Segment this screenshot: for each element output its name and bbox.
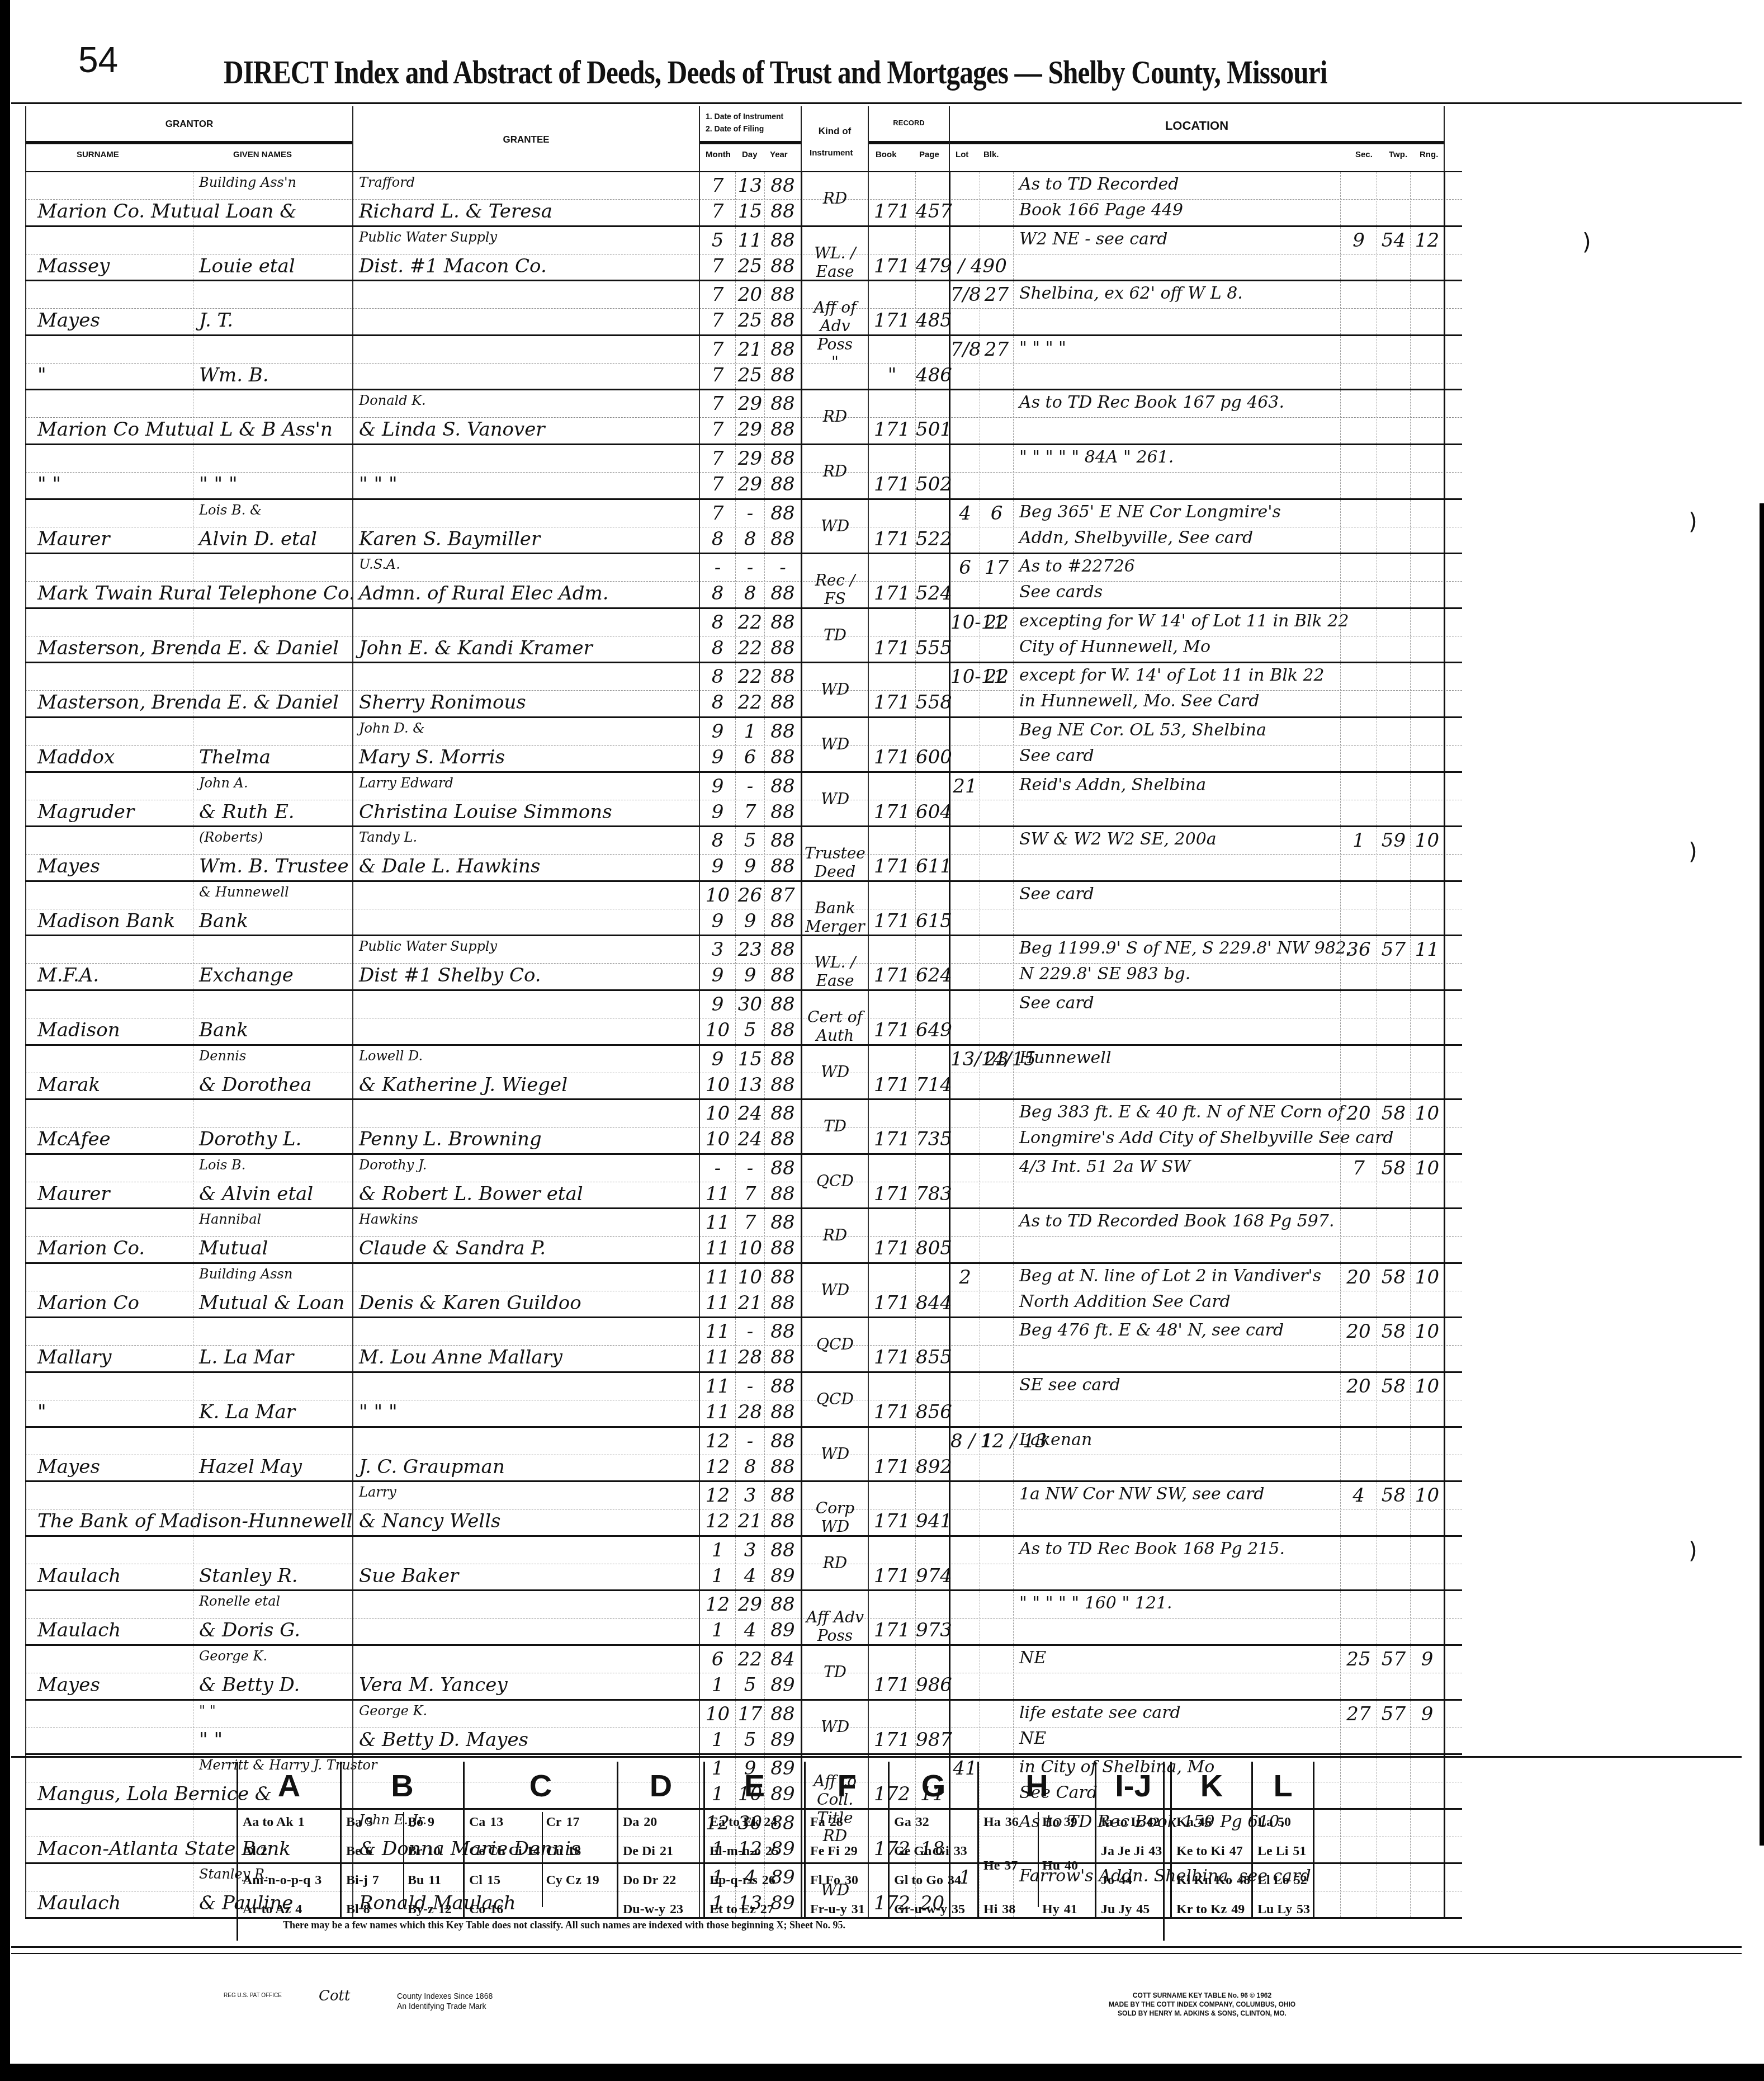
township	[1377, 445, 1410, 498]
record-page: 524	[915, 554, 949, 607]
month: 99	[699, 718, 735, 771]
record-book: 171	[868, 827, 915, 880]
month-line2: 7	[700, 309, 735, 332]
section: 20	[1340, 1100, 1377, 1153]
year-line1: 88	[765, 229, 801, 252]
key-column-a: AAa to Ak1Al2Am-n-o-p-q3Ar to Az4	[238, 1762, 342, 1918]
grantor-surname: Maurer	[25, 1155, 193, 1208]
grantor-given-names: K. La Mar	[193, 1373, 352, 1426]
instrument-kind-line2: RD	[802, 1226, 868, 1244]
key-letter: D	[618, 1767, 703, 1804]
key-entry-sheet-number: 15	[487, 1873, 500, 1887]
key-entry-sheet-number: 50	[1278, 1815, 1291, 1829]
footer-rule-2	[11, 1953, 1742, 1954]
grantee-line1: Larry	[353, 1484, 699, 1500]
instrument-kind-line2: QCD	[802, 1335, 868, 1353]
record-book: 171	[868, 1155, 915, 1208]
range	[1410, 1537, 1444, 1590]
year-line1: 87	[765, 884, 801, 907]
year-line1: 88	[765, 1266, 801, 1289]
key-entry: Cl15	[469, 1873, 500, 1888]
year-line2: 88	[765, 1510, 801, 1532]
section: 4	[1340, 1482, 1377, 1535]
grantee-line2: Mary S. Morris	[353, 746, 699, 768]
year: 8888	[764, 227, 801, 280]
range: 9	[1410, 1701, 1444, 1754]
location-description: " " " "	[1013, 336, 1340, 389]
grantor-surname: Magruder	[25, 773, 193, 826]
day-label: Day	[742, 150, 758, 159]
record-book: 171	[868, 1646, 915, 1699]
grantor-surname-line2: Maurer	[26, 1183, 193, 1205]
year-line1: 88	[765, 284, 801, 306]
month-line2: 1	[700, 1565, 735, 1587]
key-entry: Hy41	[1042, 1902, 1077, 1917]
instrument-kind-line2: RD	[802, 189, 868, 207]
record-page-line2: 555	[916, 637, 949, 659]
range: 10	[1410, 1100, 1444, 1153]
grantee: HawkinsClaude & Sandra P.	[352, 1209, 699, 1262]
range-line1: 10	[1411, 1375, 1444, 1398]
grantor-given-names-line2: Bank	[193, 910, 352, 932]
key-entry-sheet-number: 25	[765, 1844, 779, 1858]
key-entry: Ha36	[983, 1815, 1019, 1830]
month: 77	[699, 172, 735, 225]
record-page: 624	[915, 936, 949, 989]
township-line1: 58	[1377, 1484, 1410, 1507]
block-line1: 27	[980, 338, 1013, 361]
day-line1: 11	[736, 229, 764, 252]
instrument-kind: QCD	[801, 1155, 868, 1208]
ledger-row: MadisonBank9103058888Cert of Auth171649S…	[25, 991, 1462, 1046]
block: 6	[980, 500, 1013, 553]
township-line1: 57	[1377, 1648, 1410, 1671]
day-line2: 9	[736, 910, 764, 932]
key-entry-sheet-number: 22	[663, 1873, 676, 1887]
row-end-cell	[1444, 882, 1462, 935]
township: 58	[1377, 1482, 1410, 1535]
grantor-surname-line2: Marion Co. Mutual Loan &	[26, 200, 193, 223]
grantee: U.S.A.Admn. of Rural Elec Adm.	[352, 554, 699, 607]
record-book-line2: 171	[869, 418, 915, 441]
block: 12 / 13	[980, 1428, 1013, 1481]
grantee: John D. &Mary S. Morris	[352, 718, 699, 771]
key-entry-sheet-number: 39	[1064, 1815, 1077, 1829]
township-line1: 57	[1377, 1703, 1410, 1725]
grantor-given-names-line2: Louie etal	[193, 255, 352, 277]
township	[1377, 991, 1410, 1044]
grantor-given-names: Building Ass'n	[193, 172, 352, 225]
key-entry-prefix: Ho	[1042, 1815, 1060, 1829]
key-entry-sheet-number: 32	[916, 1815, 929, 1829]
record-page: 986	[915, 1646, 949, 1699]
section	[1340, 1591, 1377, 1644]
month-line1: 10	[700, 884, 735, 907]
record-page: 856	[915, 1373, 949, 1426]
township-line1: 58	[1377, 1157, 1410, 1179]
key-letter: A	[238, 1767, 340, 1804]
year: 8888	[764, 172, 801, 225]
surname-label: SURNAME	[77, 150, 119, 159]
key-table-note: There may be a few names which this Key …	[283, 1919, 845, 1931]
key-entry: Bi-j7	[346, 1873, 379, 1888]
grantor-surname: Marion Co. Mutual Loan &	[25, 172, 193, 225]
instrument-kind: RD	[801, 445, 868, 498]
location-description: excepting for W 14' of Lot 11 in Blk 22C…	[1013, 609, 1340, 662]
day-line2: 21	[736, 1292, 764, 1314]
record-page-line2: 624	[916, 964, 949, 987]
grantor-given-names-line1: Building Ass'n	[193, 174, 352, 190]
range-line1: 10	[1411, 1484, 1444, 1507]
ledger-row: Madison Bank& HunnewellBank1092698788Ban…	[25, 882, 1462, 937]
year: 8888	[764, 445, 801, 498]
key-entry-prefix: Bi-j	[346, 1873, 368, 1887]
block	[980, 227, 1013, 280]
reg-pat-office: REG U.S. PAT OFFICE	[224, 1991, 282, 2001]
year-line2: 88	[765, 364, 801, 386]
location-description: Reid's Addn, Shelbina	[1013, 773, 1340, 826]
grantor-given-names: " " "	[193, 445, 352, 498]
key-entry-prefix: Ju Jy	[1101, 1902, 1132, 1917]
month-line1: 11	[700, 1266, 735, 1289]
year: 8889	[764, 1591, 801, 1644]
township-line1: 58	[1377, 1320, 1410, 1343]
instrument-kind-line2: Rec / FS	[802, 571, 868, 608]
year-line2: 88	[765, 255, 801, 277]
month: 101	[699, 1701, 735, 1754]
key-entry-prefix: Ar to Az	[243, 1902, 291, 1917]
key-entry: Cy Cz19	[546, 1873, 599, 1888]
range	[1410, 773, 1444, 826]
day-line1: 17	[736, 1703, 764, 1725]
lot	[949, 1155, 980, 1208]
location-description-line1: " " " "	[1014, 338, 1340, 358]
location-description-line1: SE see card	[1014, 1375, 1340, 1395]
range	[1410, 172, 1444, 225]
instrument-kind: TD	[801, 609, 868, 662]
row-end-cell	[1444, 991, 1462, 1044]
day-line2: 22	[736, 691, 764, 714]
grantor-surname: Mallary	[25, 1318, 193, 1371]
location-description: " " " " " 160 " 121.	[1013, 1591, 1340, 1644]
key-entry: Ia to Iz42	[1101, 1815, 1160, 1830]
grantee-line1: Hawkins	[353, 1211, 699, 1227]
section: 20	[1340, 1318, 1377, 1371]
grantor-surname: Maulach	[25, 1537, 193, 1590]
block	[980, 1100, 1013, 1153]
block-line1: 17	[980, 556, 1013, 579]
section: 20	[1340, 1373, 1377, 1426]
grantor-given-names-line1: Lois B.	[193, 1157, 352, 1173]
instrument-kind: Bank Merger	[801, 882, 868, 935]
lot	[949, 1482, 980, 1535]
grantee	[352, 991, 699, 1044]
instrument-kind-line2: RD	[802, 462, 868, 480]
grantee-line1: Tandy L.	[353, 829, 699, 845]
grantor-given-names: Bank	[193, 991, 352, 1044]
month-line2: 1	[700, 1619, 735, 1641]
dates-line1: 1. Date of Instrument	[706, 112, 801, 121]
key-entry-prefix: Al	[243, 1844, 256, 1858]
key-entry: Hi38	[983, 1902, 1015, 1917]
year-line2: 88	[765, 1292, 801, 1314]
day: -8	[735, 500, 764, 553]
grantor-given-names-line2: " "	[193, 1729, 352, 1751]
ledger-row: M.F.A.ExchangePublic Water SupplyDist #1…	[25, 936, 1462, 991]
record-book-line2: 171	[869, 473, 915, 496]
section	[1340, 609, 1377, 662]
month-line2: 9	[700, 910, 735, 932]
section-line1: 20	[1341, 1320, 1377, 1343]
range	[1410, 1591, 1444, 1644]
record-book-line2: 171	[869, 1128, 915, 1150]
imprint-line3: SOLD BY HENRY M. ADKINS & SONS, CLINTON,…	[1062, 2009, 1342, 2018]
lot-line1: 10-11	[950, 666, 980, 688]
grantor-given-names-line1: Lois B. &	[193, 502, 352, 518]
day-line1: 23	[736, 938, 764, 961]
year-line1: 88	[765, 174, 801, 197]
year: 8888	[764, 336, 801, 389]
year: 8888	[764, 1155, 801, 1208]
month-line1: 12	[700, 1430, 735, 1452]
lot-line1: 2	[950, 1266, 980, 1289]
month-line2: 9	[700, 964, 735, 987]
range	[1410, 1864, 1444, 1917]
instrument-kind: RD	[801, 1209, 868, 1262]
location-description: 4/3 Int. 51 2a W SW	[1013, 1155, 1340, 1208]
publisher-imprint: COTT SURNAME KEY TABLE No. 96 © 1962 MAD…	[1062, 1991, 1342, 2018]
day-line2: 25	[736, 309, 764, 332]
record-book: 171	[868, 500, 915, 553]
record-book: 171	[868, 718, 915, 771]
township: 57	[1377, 936, 1410, 989]
year: 8888	[764, 1428, 801, 1481]
instrument-kind: WD	[801, 1701, 868, 1754]
record-book-line2: 171	[869, 1619, 915, 1641]
key-entry-prefix: Ia to Iz	[1101, 1815, 1142, 1829]
key-entry-prefix: Ka	[1176, 1815, 1194, 1829]
key-letter: F	[806, 1767, 888, 1804]
given-names-label: GIVEN NAMES	[233, 150, 292, 159]
day-line1: 30	[736, 993, 764, 1016]
record-book: 171	[868, 1209, 915, 1262]
ledger-row: Mark Twain Rural Telephone Co.U.S.A.Admn…	[25, 554, 1462, 609]
instrument-kind: WD	[801, 773, 868, 826]
grantee-line2: Vera M. Yancey	[353, 1674, 699, 1696]
record-page-line2: 615	[916, 910, 949, 932]
month-line2: 9	[700, 801, 735, 823]
grantor-surname: Maddox	[25, 718, 193, 771]
month-line1: 12	[700, 1484, 735, 1507]
grantor-given-names: Wm. B.	[193, 336, 352, 389]
key-entry: Ea to Ek24	[710, 1815, 777, 1830]
month: 1111	[699, 1373, 735, 1426]
book-label: Book	[876, 150, 897, 159]
grantee-line1: U.S.A.	[353, 556, 699, 572]
record-page-line2: 714	[916, 1074, 949, 1096]
day-line1: -	[736, 1157, 764, 1179]
record-page: 615	[915, 882, 949, 935]
key-entry-sheet-number: 52	[1294, 1873, 1307, 1887]
key-entry-sheet-number: 10	[427, 1844, 441, 1858]
record-book-line2: 171	[869, 1401, 915, 1423]
grantee: M. Lou Anne Mallary	[352, 1318, 699, 1371]
grantee-line2: & Nancy Wells	[353, 1510, 699, 1532]
key-letter: E	[705, 1767, 804, 1804]
record-page-line2: 805	[916, 1237, 949, 1259]
grantor-surname: M.F.A.	[25, 936, 193, 989]
location-description: As to #22726See cards	[1013, 554, 1340, 607]
key-entry: Do Dr22	[623, 1873, 676, 1888]
day-line1: 29	[736, 393, 764, 415]
day: 59	[735, 827, 764, 880]
block-line1: 6	[980, 502, 1013, 525]
section	[1340, 336, 1377, 389]
record-page-line2: 457	[916, 200, 949, 223]
year: 8888	[764, 1209, 801, 1262]
grantor-surname-line2: Mayes	[26, 309, 193, 332]
key-entry-sheet-number: 47	[1229, 1844, 1243, 1858]
day-line2: 6	[736, 746, 764, 768]
block	[980, 1155, 1013, 1208]
month-label: Month	[706, 150, 731, 159]
grantor-surname: McAfee	[25, 1100, 193, 1153]
day: 225	[735, 1646, 764, 1699]
day: 239	[735, 936, 764, 989]
grantor-surname: Marion Co.	[25, 1209, 193, 1262]
grantor-surname: " "	[25, 445, 193, 498]
key-entry: Hu40	[1042, 1858, 1078, 1874]
instrument-kind: WL. / Ease	[801, 227, 868, 280]
record-page-line2: 973	[916, 1619, 949, 1641]
range: 10	[1410, 1318, 1444, 1371]
location-description: Beg 1199.9' S of NE, S 229.8' NW 982,N 2…	[1013, 936, 1340, 989]
lot	[949, 991, 980, 1044]
record-book: 171	[868, 991, 915, 1044]
row-end-cell	[1444, 390, 1462, 443]
grantor-given-names-line2: Exchange	[193, 964, 352, 987]
month: 99	[699, 773, 735, 826]
location-description-line2: North Addition See Card	[1014, 1292, 1340, 1311]
month-line2: 10	[700, 1019, 735, 1041]
key-entry: Bu11	[408, 1873, 441, 1888]
location-description: Lakenan	[1013, 1428, 1340, 1481]
month: 88	[699, 609, 735, 662]
key-entry-sheet-number: 31	[852, 1902, 865, 1917]
township-line1: 58	[1377, 1375, 1410, 1398]
grantee: Tandy L.& Dale L. Hawkins	[352, 827, 699, 880]
key-entry: Al2	[243, 1844, 267, 1859]
key-entry: Fa28	[810, 1815, 843, 1830]
page-number: 54	[78, 39, 118, 81]
key-subcolumn-divider	[542, 1812, 543, 1907]
key-entry: Be6	[346, 1844, 372, 1859]
key-entry-sheet-number: 28	[830, 1815, 843, 1829]
grantor-given-names: Hazel May	[193, 1428, 352, 1481]
month: 61	[699, 1646, 735, 1699]
scan-border-right	[1760, 503, 1764, 1846]
key-entry-prefix: Ll Lo	[1257, 1873, 1289, 1887]
key-entry-prefix: Et to Ez	[710, 1902, 756, 1917]
key-entry-sheet-number: 18	[567, 1844, 581, 1858]
ledger-row: Marion Co Mutual L & B Ass'nDonald K.& L…	[25, 390, 1462, 445]
key-entry: Gr-u-w-y35	[894, 1902, 965, 1917]
record-page-line2: 844	[916, 1292, 949, 1314]
day-line2: 15	[736, 200, 764, 223]
key-subcolumn-divider	[1038, 1812, 1039, 1907]
day: -8	[735, 554, 764, 607]
lot	[949, 445, 980, 498]
month: 910	[699, 991, 735, 1044]
key-entry: Bl8	[346, 1902, 370, 1917]
key-entry-prefix: Cr	[546, 1815, 562, 1829]
record-page: 941	[915, 1482, 949, 1535]
location-description-line1: See card	[1014, 993, 1340, 1013]
township	[1377, 1810, 1410, 1863]
grantee-line2: M. Lou Anne Mallary	[353, 1346, 699, 1369]
day-line2: 13	[736, 1074, 764, 1096]
grantor-given-names-line2: Alvin D. etal	[193, 528, 352, 550]
day-line1: 22	[736, 1648, 764, 1671]
header-bar	[700, 141, 801, 144]
header-bar	[26, 141, 352, 144]
range	[1410, 554, 1444, 607]
location-description-line1: See card	[1014, 884, 1340, 904]
key-entry-sheet-number: 36	[1005, 1815, 1019, 1829]
dates-line2: 2. Date of Filing	[706, 124, 801, 133]
instrument-kind: Aff of Adv Poss	[801, 281, 868, 334]
day-line1: 22	[736, 666, 764, 688]
grantor-surname: Macon-Atlanta State Bank	[25, 1810, 193, 1863]
township: 57	[1377, 1646, 1410, 1699]
record-book-line2: 171	[869, 1456, 915, 1478]
key-entry-prefix: Bo	[408, 1815, 423, 1829]
location-description: Shelbina, ex 62' off W L 8.	[1013, 281, 1340, 334]
year-line1: 88	[765, 1320, 801, 1343]
year-line1: -	[765, 556, 801, 579]
month-line2: 7	[700, 200, 735, 223]
key-letter: C	[465, 1767, 617, 1804]
key-entry-sheet-number: 49	[1231, 1902, 1245, 1917]
key-entry-sheet-number: 27	[760, 1902, 774, 1917]
record-page-line2: 486	[916, 364, 949, 386]
record-book: "	[868, 336, 915, 389]
day-line1: -	[736, 1320, 764, 1343]
grantor-given-names-line1: & Hunnewell	[193, 884, 352, 900]
section	[1340, 500, 1377, 553]
record-book: 171	[868, 1318, 915, 1371]
key-entry-prefix: Ce Ch Ci	[469, 1844, 522, 1858]
day-line2: 29	[736, 473, 764, 496]
instrument-kind-line2: WD	[802, 1717, 868, 1736]
township	[1377, 882, 1410, 935]
range-line1: 12	[1411, 229, 1444, 252]
key-entry-prefix: Hi	[983, 1902, 997, 1917]
grantor-given-names: Lois B.& Alvin etal	[193, 1155, 352, 1208]
record-page: 522	[915, 500, 949, 553]
record-page-line2: 649	[916, 1019, 949, 1041]
grantor-given-names: HannibalMutual	[193, 1209, 352, 1262]
month-line1: 9	[700, 775, 735, 798]
imprint-line2: MADE BY THE COTT INDEX COMPANY, COLUMBUS…	[1062, 2000, 1342, 2009]
day-line2: 8	[736, 582, 764, 605]
township-line1: 58	[1377, 1102, 1410, 1125]
year-line2: 88	[765, 746, 801, 768]
instrument-kind-line2: "	[802, 353, 868, 371]
day-line1: 13	[736, 174, 764, 197]
grantee: Donald K.& Linda S. Vanover	[352, 390, 699, 443]
year-line1: 88	[765, 1211, 801, 1234]
